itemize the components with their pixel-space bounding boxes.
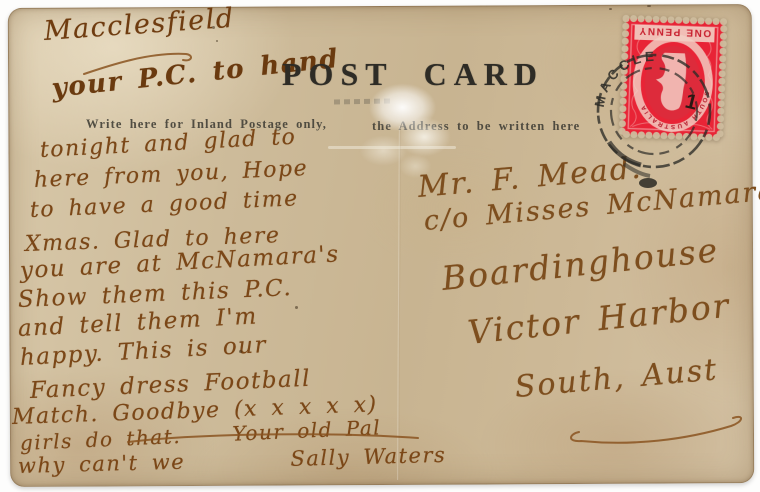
address-line: South, Aust: [514, 354, 720, 403]
handwritten-town-note: Macclesfield: [43, 5, 235, 47]
postcard-photo: Macclesfield your P.C. to hand POST CARD…: [0, 0, 760, 492]
flourish-underline: [563, 410, 745, 448]
postmark: MACCLESFIELD 1: [584, 44, 729, 189]
ink-smudge: [639, 178, 657, 188]
ink-speck: [216, 40, 218, 42]
ink-speck: [212, 26, 215, 29]
ink-speck: [609, 8, 612, 10]
svg-text:MACCLESFIELD: MACCLESFIELD: [584, 44, 658, 108]
crease-line: [397, 126, 401, 480]
ink-speck: [239, 350, 242, 353]
message-line: to have a good time: [29, 187, 299, 222]
message-line: tonight and glad to: [39, 126, 296, 162]
address-line: Victor Harbor: [466, 289, 732, 351]
postcard-content: Macclesfield your P.C. to hand POST CARD…: [0, 0, 760, 492]
ink-speck: [295, 306, 298, 309]
ink-speck: [647, 5, 651, 7]
address-line: Boardinghouse: [440, 233, 721, 297]
postmark-town-text: MACCLESFIELD: [584, 44, 658, 108]
flourish-underline: [124, 430, 424, 446]
abrasion-mark: [345, 80, 473, 178]
